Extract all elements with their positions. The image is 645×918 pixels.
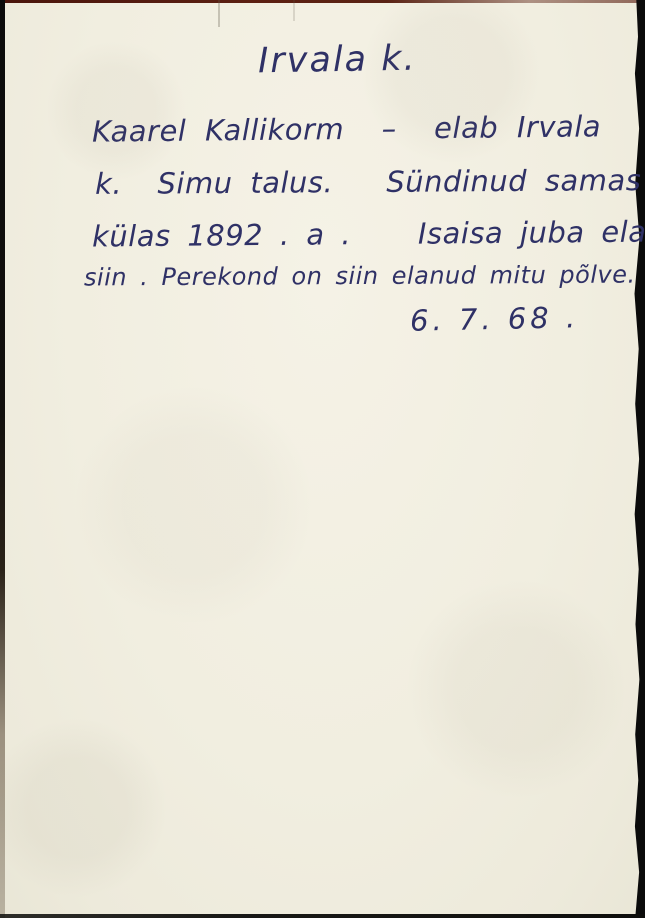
paper-edge-top <box>0 0 645 3</box>
note-line: siin . Perekond on siin elanud mitu põlv… <box>84 261 636 292</box>
paper-edge-bottom <box>0 914 645 918</box>
note-line: Kaarel Kallikorm – elab Irvala <box>92 109 601 148</box>
paper-edge-right <box>631 0 645 918</box>
paper-smudge <box>218 0 220 27</box>
note-title: Irvala k. <box>258 39 417 82</box>
scanned-note-page: Irvala k. Kaarel Kallikorm – elab Irvala… <box>0 0 645 918</box>
paper-smudge <box>293 0 295 21</box>
note-line: külas 1892 . a . Isaisa juba elas <box>92 215 645 254</box>
note-line: k. Simu talus. Sündinud samas <box>95 163 642 201</box>
paper-edge-left <box>0 0 5 918</box>
note-date: 6. 7. 68 . <box>410 300 580 338</box>
